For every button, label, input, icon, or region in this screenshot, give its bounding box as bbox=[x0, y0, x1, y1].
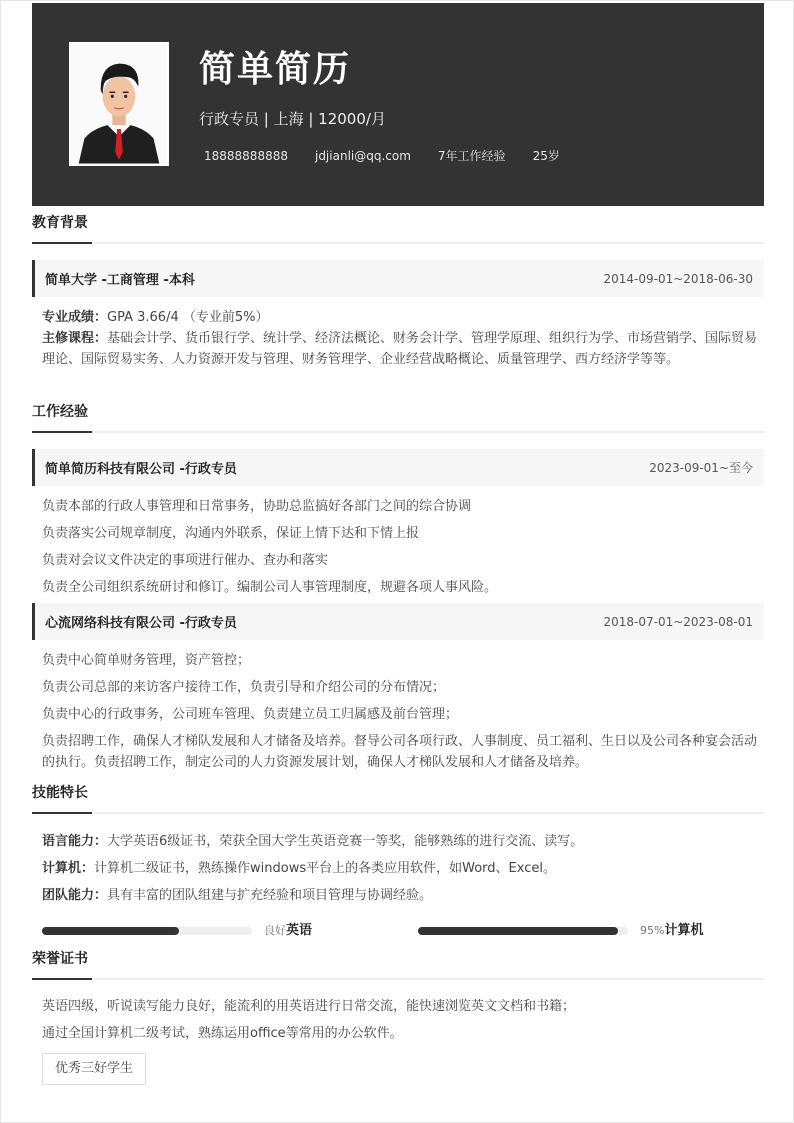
education-entry-date: 2014-09-01~2018-06-30 bbox=[603, 272, 753, 286]
resume-header: 简单简历 行政专员 | 上海 | 12000/月 18888888888 jdj… bbox=[32, 3, 764, 206]
section-divider bbox=[32, 431, 764, 433]
job-entry-header: 简单简历科技有限公司 -行政专员 2023-09-01~至今 bbox=[32, 449, 764, 486]
job-entry-date: 2018-07-01~2023-08-01 bbox=[603, 615, 753, 629]
skill-name: 计算机 bbox=[664, 923, 703, 938]
honor-tag: 优秀三好学生 bbox=[42, 1053, 146, 1085]
honors-list: 英语四级，听说读写能力良好，能流利的用英语进行日常交流，能快速浏览英文文档和书籍… bbox=[42, 993, 758, 1047]
skill-label: 计算机： bbox=[42, 861, 94, 876]
job-duty: 负责招聘工作，确保人才梯队发展和人才储备及培养。督导公司各项行政、人事制度、员工… bbox=[42, 728, 758, 773]
contact-info: 18888888888 jdjianli@qq.com 7年工作经验 25岁 bbox=[204, 145, 587, 167]
job-entry-title: 简单简历科技有限公司 -行政专员 bbox=[45, 458, 237, 477]
courses-label: 主修课程： bbox=[42, 331, 107, 346]
section-title-education: 教育背景 bbox=[32, 213, 88, 233]
work-experience-years: 7年工作经验 bbox=[438, 145, 506, 167]
education-entry-header: 简单大学 -工商管理 -本科 2014-09-01~2018-06-30 bbox=[32, 260, 764, 297]
skill-level: 良好 bbox=[264, 924, 286, 937]
skill-label: 语言能力： bbox=[42, 834, 107, 849]
job-duty: 负责中心简单财务管理，资产管控； bbox=[42, 647, 758, 674]
skill-bar-english bbox=[42, 927, 252, 936]
skill-bar-fill bbox=[42, 927, 179, 935]
education-entry-title: 简单大学 -工商管理 -本科 bbox=[45, 269, 195, 288]
job-duty: 负责本部的行政人事管理和日常事务，协助总监搞好各部门之间的综合协调 bbox=[42, 493, 758, 520]
honor-item: 英语四级，听说读写能力良好，能流利的用英语进行日常交流，能快速浏览英文文档和书籍… bbox=[42, 993, 758, 1020]
section-divider bbox=[32, 242, 764, 244]
resume-page: 简单简历 行政专员 | 上海 | 12000/月 18888888888 jdj… bbox=[0, 0, 794, 1123]
section-divider bbox=[32, 978, 764, 980]
courses-value: 基础会计学、货币银行学、统计学、经济法概论、财务会计学、管理学原理、组织行为学、… bbox=[42, 331, 757, 367]
phone-number: 18888888888 bbox=[204, 145, 288, 167]
skill-bar-computer bbox=[418, 927, 628, 936]
gpa-line: 专业成绩：GPA 3.66/4 （专业前5%） bbox=[42, 307, 758, 328]
skill-bar-fill bbox=[418, 927, 618, 935]
job-duties-list: 负责中心简单财务管理，资产管控； 负责公司总部的来访客户接待工作，负责引导和介绍… bbox=[42, 647, 758, 773]
skill-level: 95% bbox=[640, 924, 664, 937]
job-duties-list: 负责本部的行政人事管理和日常事务，协助总监搞好各部门之间的综合协调 负责落实公司… bbox=[42, 493, 758, 601]
job-duty: 负责公司总部的来访客户接待工作，负责引导和介绍公司的分布情况； bbox=[42, 674, 758, 701]
job-entry-header: 心流网络科技有限公司 -行政专员 2018-07-01~2023-08-01 bbox=[32, 603, 764, 640]
skill-label: 团队能力： bbox=[42, 888, 107, 903]
divider-accent bbox=[32, 812, 92, 814]
skill-bar-label: 良好英语 bbox=[264, 922, 312, 940]
candidate-name: 简单简历 bbox=[199, 43, 351, 97]
email-address: jdjianli@qq.com bbox=[315, 145, 411, 167]
gpa-label: 专业成绩： bbox=[42, 310, 107, 325]
job-entry-date: 2023-09-01~至今 bbox=[649, 459, 753, 476]
courses-line: 主修课程：基础会计学、货币银行学、统计学、经济法概论、财务会计学、管理学原理、组… bbox=[42, 328, 758, 370]
divider-accent bbox=[32, 978, 92, 980]
section-title-work: 工作经验 bbox=[32, 402, 88, 422]
job-duty: 负责落实公司规章制度，沟通内外联系，保证上情下达和下情上报 bbox=[42, 520, 758, 547]
honor-item: 通过全国计算机二级考试，熟练运用office等常用的办公软件。 bbox=[42, 1020, 758, 1047]
skills-list: 语言能力：大学英语6级证书，荣获全国大学生英语竞赛一等奖，能够熟练的进行交流、读… bbox=[42, 828, 758, 909]
job-entry-title: 心流网络科技有限公司 -行政专员 bbox=[45, 612, 237, 631]
section-title-skills: 技能特长 bbox=[32, 783, 88, 803]
profile-photo bbox=[69, 42, 169, 166]
skill-item: 计算机：计算机二级证书，熟练操作windows平台上的各类应用软件，如Word、… bbox=[42, 855, 758, 882]
job-duty: 负责全公司组织系统研讨和修订。编制公司人事管理制度，规避各项人事风险。 bbox=[42, 574, 758, 601]
section-divider bbox=[32, 812, 764, 814]
age: 25岁 bbox=[533, 145, 560, 167]
skill-value: 具有丰富的团队组建与扩充经验和项目管理与协调经验。 bbox=[107, 888, 432, 903]
divider-accent bbox=[32, 242, 92, 244]
skill-item: 团队能力：具有丰富的团队组建与扩充经验和项目管理与协调经验。 bbox=[42, 882, 758, 909]
avatar-icon bbox=[71, 44, 167, 164]
education-details: 专业成绩：GPA 3.66/4 （专业前5%） 主修课程：基础会计学、货币银行学… bbox=[42, 307, 758, 370]
skill-name: 英语 bbox=[286, 923, 312, 938]
skill-item: 语言能力：大学英语6级证书，荣获全国大学生英语竞赛一等奖，能够熟练的进行交流、读… bbox=[42, 828, 758, 855]
divider-accent bbox=[32, 431, 92, 433]
skill-value: 计算机二级证书，熟练操作windows平台上的各类应用软件，如Word、Exce… bbox=[94, 861, 556, 876]
skill-value: 大学英语6级证书，荣获全国大学生英语竞赛一等奖，能够熟练的进行交流、读写。 bbox=[107, 834, 583, 849]
skill-bar-label: 95%计算机 bbox=[640, 922, 703, 940]
gpa-value: GPA 3.66/4 （专业前5%） bbox=[107, 310, 268, 325]
job-target: 行政专员 | 上海 | 12000/月 bbox=[199, 107, 386, 131]
job-duty: 负责对会议文件决定的事项进行催办、查办和落实 bbox=[42, 547, 758, 574]
job-duty: 负责中心的行政事务，公司班车管理、负责建立员工归属感及前台管理； bbox=[42, 701, 758, 728]
section-title-honors: 荣誉证书 bbox=[32, 949, 88, 969]
